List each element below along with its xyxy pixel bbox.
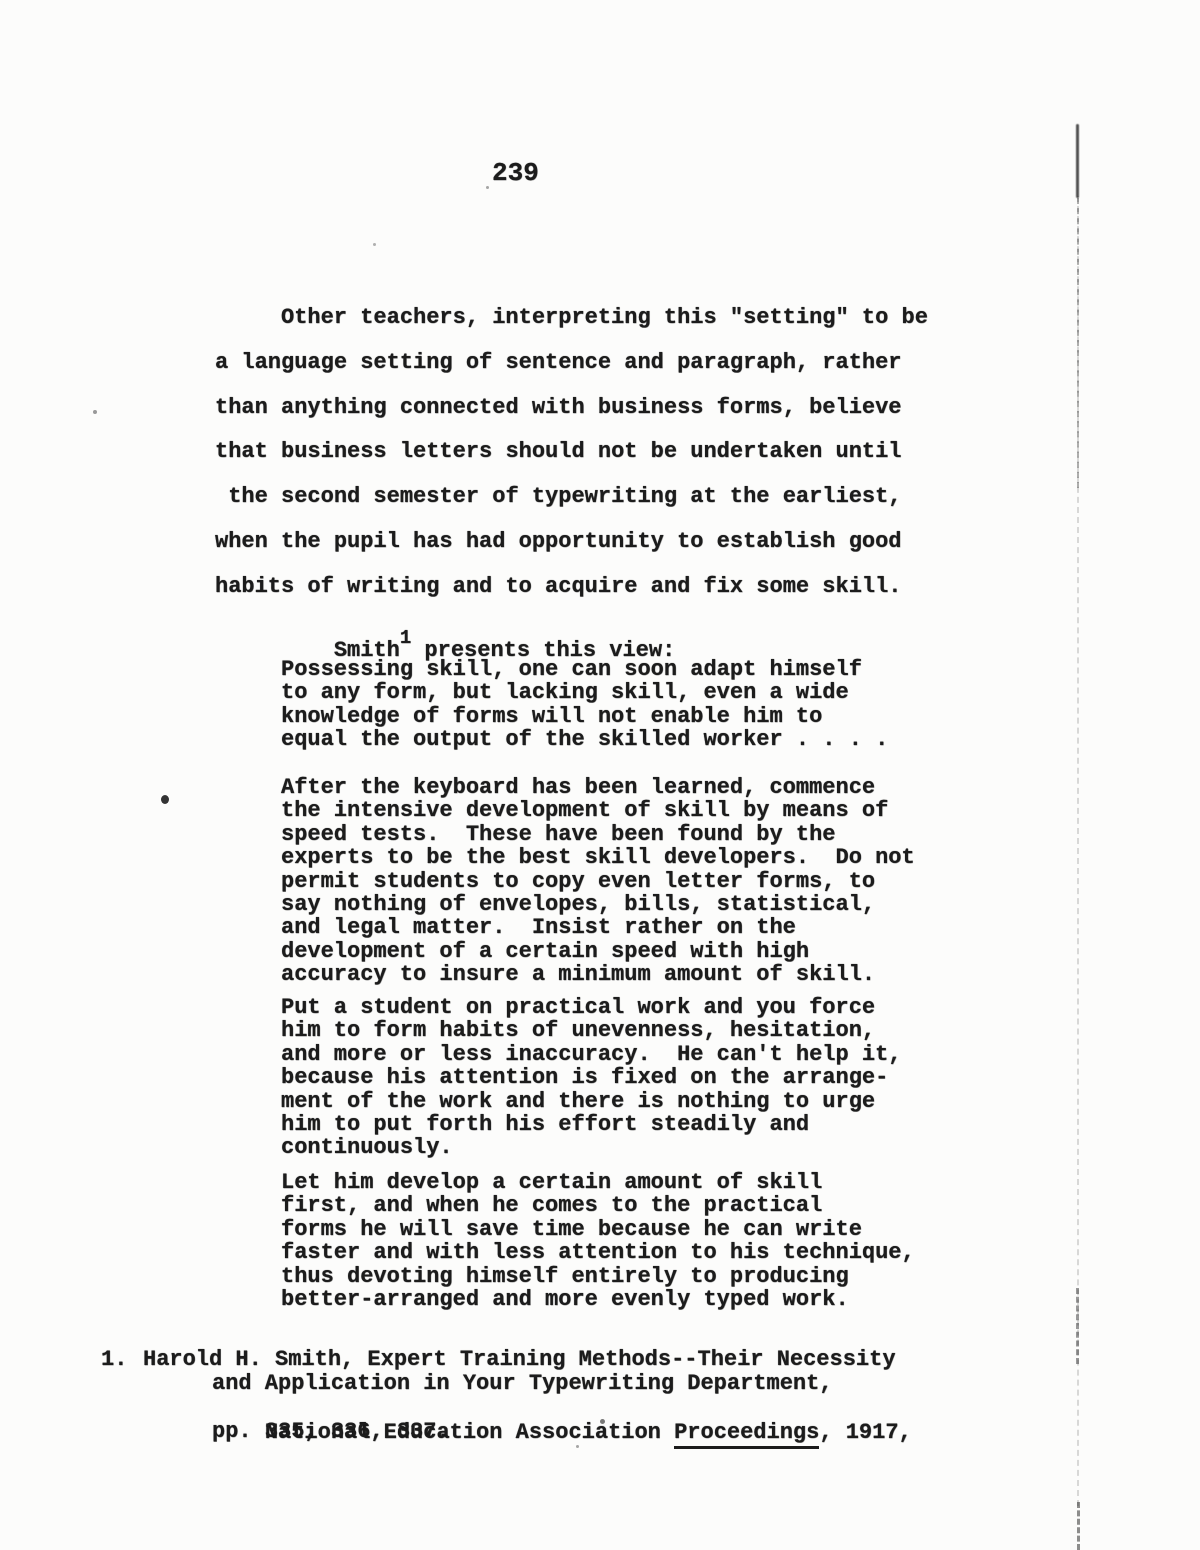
footnote-line-3-post: , 1917, [819,1420,911,1445]
ink-speck [373,243,376,246]
footnote-line-1: Harold H. Smith, Expert Training Methods… [143,1347,896,1372]
scanned-document-page: 239 Other teachers, interpreting this "s… [0,0,1200,1550]
ink-speck [486,186,489,189]
ink-speck [576,1445,579,1448]
scan-artifact-vertical-line-upper [1077,198,1079,488]
block-quote-3: Put a student on practical work and you … [281,996,961,1160]
ink-speck [93,410,97,414]
page-number: 239 [492,158,539,188]
footnote-line-2: and Application in Your Typewriting Depa… [212,1371,833,1396]
ink-speck [600,1419,605,1424]
scan-artifact-vertical-line-faint [1077,196,1079,1506]
scan-artifact-vertical-line-mid [1076,1288,1079,1364]
block-quote-4: Let him develop a certain amount of skil… [281,1171,961,1311]
proceedings-underlined-title: Proceedings [674,1420,819,1449]
block-quote-1: Possessing skill, one can soon adapt him… [281,658,961,752]
block-quote-2: After the keyboard has been learned, com… [281,776,961,987]
footnote-marker: 1. [101,1347,127,1372]
opening-paragraph: Other teachers, interpreting this "setti… [215,296,955,610]
scan-artifact-vertical-line-top [1076,124,1079,198]
footnote-reference-superscript: 1 [400,627,411,649]
ink-speck [161,795,169,804]
footnote-line-4: pp. 335, 336, 337. [212,1419,450,1444]
scan-artifact-vertical-line-bottom [1077,1502,1080,1550]
